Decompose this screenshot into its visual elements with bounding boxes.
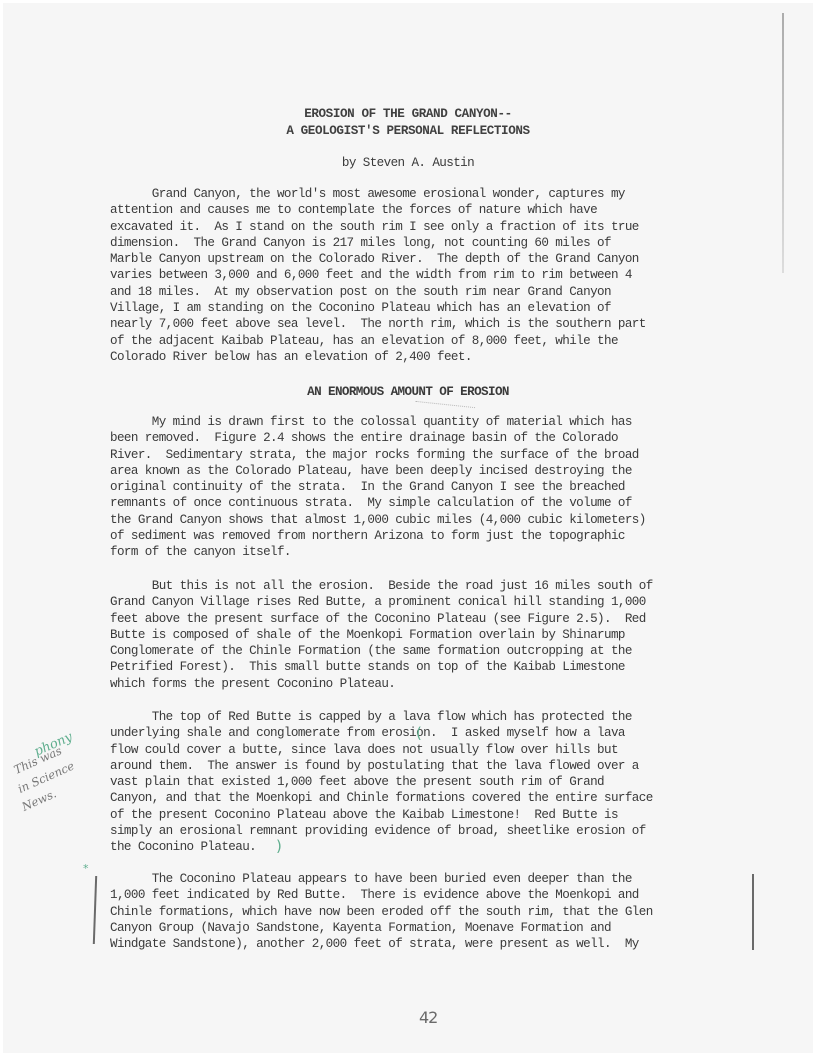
page-number: 42 — [419, 1008, 437, 1027]
handwritten-asterisk-icon: * — [83, 862, 89, 875]
scan-edge-line — [782, 13, 784, 273]
paragraph-coconino-burial: The Coconino Plateau appears to have bee… — [110, 871, 653, 952]
handwritten-open-bracket: ( — [416, 724, 422, 742]
document-title-line-2: A GEOLOGIST'S PERSONAL REFLECTIONS — [0, 123, 816, 139]
document-title-line-1: EROSION OF THE GRAND CANYON-- — [0, 106, 816, 122]
paragraph-volume-of-erosion: My mind is drawn first to the colossal q… — [110, 414, 646, 561]
paragraph-lava-cap: The top of Red Butte is capped by a lava… — [110, 709, 653, 856]
author-byline: by Steven A. Austin — [0, 155, 816, 171]
handwritten-close-bracket: ) — [276, 837, 282, 855]
margin-bar-right — [752, 874, 754, 950]
section-heading: AN ENORMOUS AMOUNT OF EROSION — [0, 384, 816, 400]
paragraph-red-butte: But this is not all the erosion. Beside … — [110, 578, 653, 692]
paragraph-intro: Grand Canyon, the world's most awesome e… — [110, 186, 646, 365]
